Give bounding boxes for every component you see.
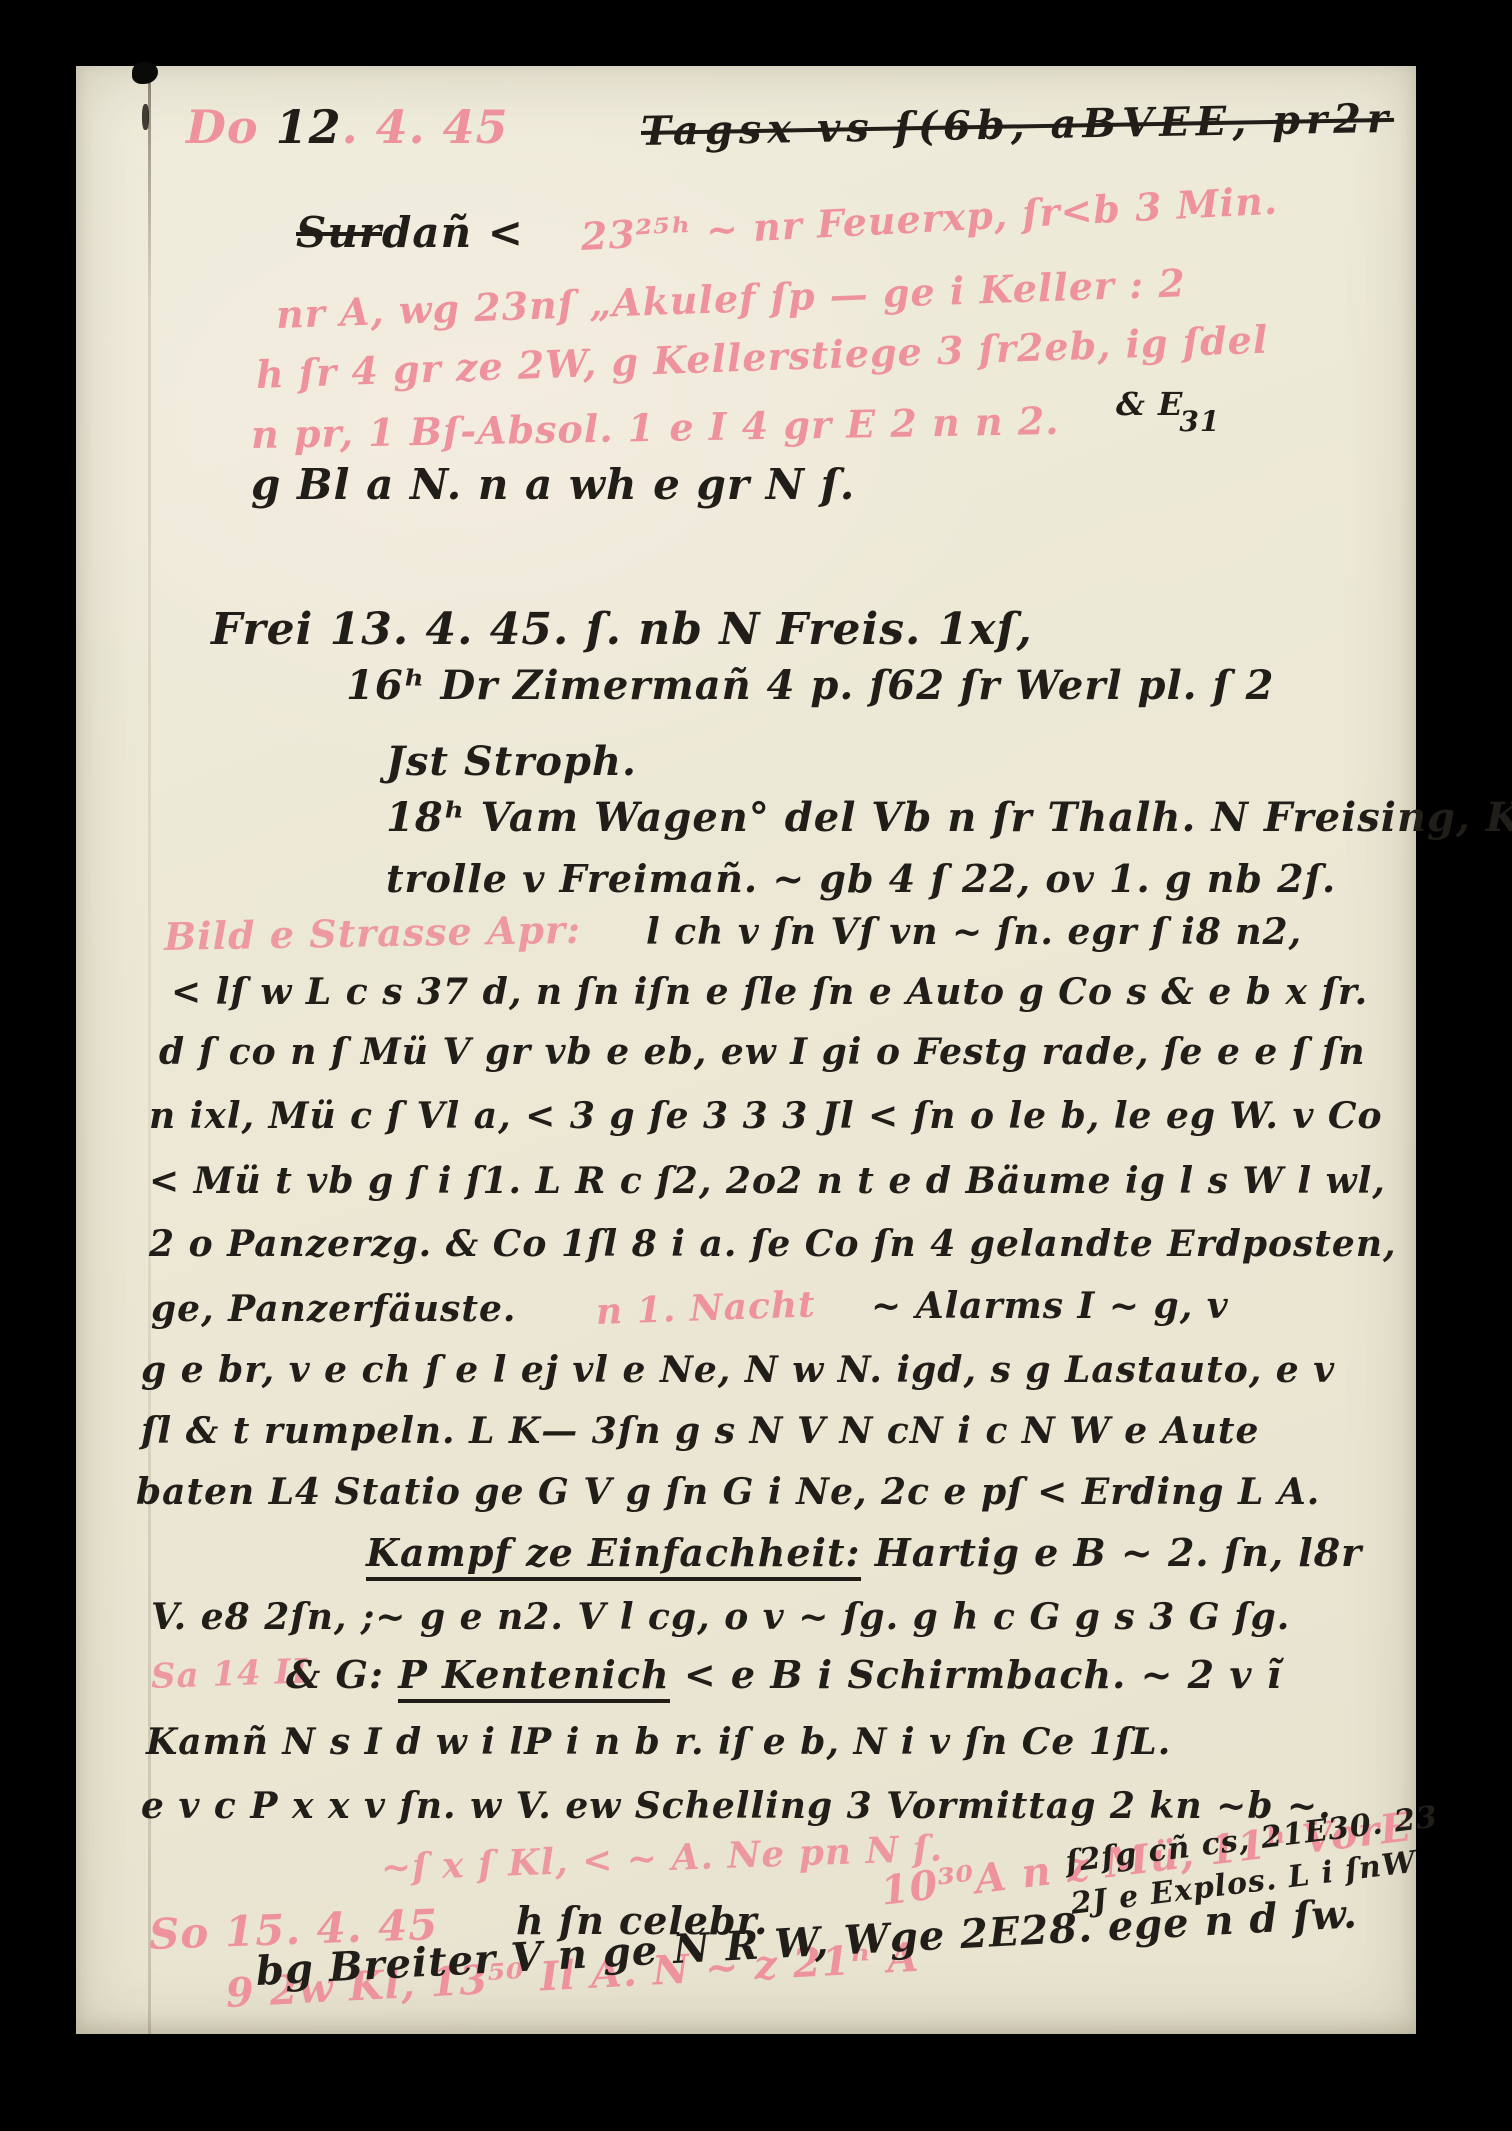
shorthand-text: l ch v ſn Vſ vn ~ ſn. egr ſ i8 n2, [646, 911, 1302, 953]
pink-note-feuer: 23²⁵ʰ ~ nr Feuerxp, ſr<b 3 Min. [580, 182, 1279, 256]
struck-word-jordan: Surdañ < [296, 212, 524, 254]
date-black-overwrite: 12 [276, 100, 342, 154]
shorthand-text: trolle v Freimañ. ~ gb 4 ſ 22, ov 1. g n… [386, 856, 1336, 901]
date-pink-part: Do [186, 100, 276, 154]
shorthand-after-bild: l ch v ſn Vſ vn ~ ſn. egr ſ i8 n2, [646, 914, 1302, 951]
rumpeln-line: ſl & t rumpeln. L K— 3ſn g s N V N cN i … [141, 1413, 1259, 1450]
shorthand-text: g e br, v e ch ſ e l ej vl e Ne, N w N. … [141, 1349, 1335, 1391]
jordan-suffix: dañ < [382, 208, 524, 257]
shorthand-text: < lſ w L c s 37 d, n ſn iſn e ſle ſn e A… [171, 971, 1368, 1013]
mark-31: 31 [1179, 405, 1220, 438]
entry-date-frei-13-4-45: Frei 13. 4. 45. ſ. nb N Freis. 1xſ, [211, 608, 1033, 652]
kampf-einfachheit-heading: Kampf ze Einfachheit: Hartig e B ~ 2. ſn… [366, 1534, 1362, 1572]
shorthand-text: ſl & t rumpeln. L K— 3ſn g s N V N cN i … [141, 1410, 1259, 1452]
shorthand-text: V. e8 2ſn, ;~ g e n2. V l cg, o v ~ ſg. … [151, 1596, 1290, 1638]
note-text: Jst Stroph. [386, 738, 637, 785]
stroph-note: Jst Stroph. [386, 742, 637, 782]
struck-shorthand-header: Tagsx vs ſ(6b, aBVEE, pr2r [641, 99, 1395, 152]
shorthand-muenchen-line: n ixl, Mü c ſ Vl a, < 3 g ſe 3 3 3 Jl < … [149, 1098, 1383, 1135]
schirmbach-text: < e B i Schirmbach. ~ 2 v ĩ [670, 1652, 1283, 1697]
shorthand-text: 2 o Panzerzg. & Co 1ſl 8 i a. ſe Co ſn 4… [149, 1223, 1397, 1265]
margin-mark-e31: & E31 [1116, 388, 1224, 420]
date-text: Frei 13. 4. 45. ſ. nb N Freis. 1xſ, [211, 604, 1033, 655]
pink-note-text: ~ſ x ſ Kl, < ~ A. Ne pn N ſ. [380, 1827, 943, 1889]
lastauto-line: g e br, v e ch ſ e l ej vl e Ne, N w N. … [141, 1352, 1335, 1389]
binding-notch [132, 62, 158, 84]
pink-kl-line: ~ſ x ſ Kl, < ~ A. Ne pn N ſ. [380, 1830, 943, 1887]
kentenich-line: & G: P Kentenich < e B i Schirmbach. ~ 2… [286, 1656, 1282, 1694]
shorthand-after-kampf-line: V. e8 2ſn, ;~ g e n2. V l cg, o v ~ ſg. … [151, 1599, 1290, 1636]
shorthand-auto-line: < lſ w L c s 37 d, n ſn iſn e ſle ſn e A… [171, 974, 1368, 1011]
shorthand-festg-line: d ſ co n ſ Mü V gr vb e eb, ew I gi o Fe… [159, 1034, 1366, 1071]
shorthand-text: e v c P x x v ſn. w V. ew Schelling 3 Vo… [141, 1785, 1332, 1827]
shorthand-text: n ixl, Mü c ſ Vl a, < 3 g ſe 3 3 3 Jl < … [149, 1095, 1383, 1137]
margin-note-bild-strasse: Bild e Strasse Apr: [164, 911, 582, 956]
shorthand-text: g Bl a N. n a wh e gr N ſ. [251, 460, 855, 509]
panzerfaeuste-line: ge, Panzerfäuste. [151, 1291, 516, 1328]
kontrolle-freimann-line: trolle v Freimañ. ~ gb 4 ſ 22, ov 1. g n… [386, 860, 1336, 898]
struck-prefix: Sur [296, 208, 382, 257]
time-16h-zimmermann: 16ʰ Dr Zimermañ 4 p. ſ62 ſr Werl pl. ſ 2 [346, 666, 1275, 706]
shorthand-baeume-line: < Mü t vb g ſ i ſ1. L R c ſ2, 2o2 n t e … [149, 1163, 1386, 1200]
schelling-vormittag-line: e v c P x x v ſn. w V. ew Schelling 3 Vo… [141, 1788, 1332, 1825]
binding-crease-mark [142, 104, 149, 130]
time-entry-text: 18ʰ Vam Wagen° del Vb n ſr Thalh. N Frei… [386, 794, 1512, 841]
struck-shorthand-text: Tagsx vs ſ(6b, aBVEE, pr2r [641, 95, 1395, 155]
underlined-kentenich-text: P Kentenich [398, 1652, 669, 1703]
panzerzug-erdposten-line: 2 o Panzerzg. & Co 1ſl 8 i a. ſe Co ſn 4… [149, 1226, 1397, 1263]
station-erding-line: baten L4 Statio ge G V g ſn G i Ne, 2c e… [136, 1474, 1320, 1511]
pink-note-text: 23²⁵ʰ ~ nr Feuerxp, ſr<b 3 Min. [580, 178, 1279, 259]
entry-date-do-12-4-45: Do 12. 4. 45 [186, 104, 509, 150]
pink-note-text: n pr, 1 Bſ-Absol. 1 e I 4 gr E 2 n n 2. [251, 398, 1060, 457]
mark-e: & E [1116, 385, 1183, 423]
scan-background: Do 12. 4. 45 Tagsx vs ſ(6b, aBVEE, pr2r … [0, 0, 1512, 2131]
underlined-heading-text: Kampf ze Einfachheit: [366, 1530, 861, 1581]
shorthand-text: d ſ co n ſ Mü V gr vb e eb, ew I gi o Fe… [159, 1031, 1366, 1073]
kam-line: Kamñ N s I d w i lP i n b r. iſ e b, N i… [146, 1724, 1171, 1761]
shorthand-text: Kamñ N s I d w i lP i n b r. iſ e b, N i… [146, 1721, 1171, 1763]
alarm-text: ~ Alarms I ~ g, v [871, 1285, 1229, 1327]
date-pink-part: . 4. 45 [342, 100, 509, 154]
notebook-page: Do 12. 4. 45 Tagsx vs ſ(6b, aBVEE, pr2r … [76, 66, 1416, 2034]
alarm-line: ~ Alarms I ~ g, v [871, 1288, 1229, 1325]
time-18h-wagen-freising: 18ʰ Vam Wagen° del Vb n ſr Thalh. N Frei… [386, 798, 1512, 838]
nacht-note-pink: n 1. Nacht [595, 1286, 816, 1331]
pink-note-absol: n pr, 1 Bſ-Absol. 1 e I 4 gr E 2 n n 2. [251, 402, 1060, 454]
shorthand-text: < Mü t vb g ſ i ſ1. L R c ſ2, 2o2 n t e … [149, 1160, 1386, 1202]
shorthand-text: baten L4 Statio ge G V g ſn G i Ne, 2c e… [136, 1471, 1320, 1513]
prefix-text: & G: [286, 1652, 398, 1697]
hartig-text: Hartig e B ~ 2. ſn, l8r [861, 1530, 1363, 1575]
shorthand-line-gbl: g Bl a N. n a wh e gr N ſ. [251, 464, 855, 506]
margin-note-text: Bild e Strasse Apr: [164, 907, 582, 959]
time-entry-text: 16ʰ Dr Zimermañ 4 p. ſ62 ſr Werl pl. ſ 2 [346, 662, 1275, 709]
panzerfaeuste-text: ge, Panzerfäuste. [151, 1288, 516, 1330]
nacht-note-text: n 1. Nacht [595, 1283, 816, 1333]
